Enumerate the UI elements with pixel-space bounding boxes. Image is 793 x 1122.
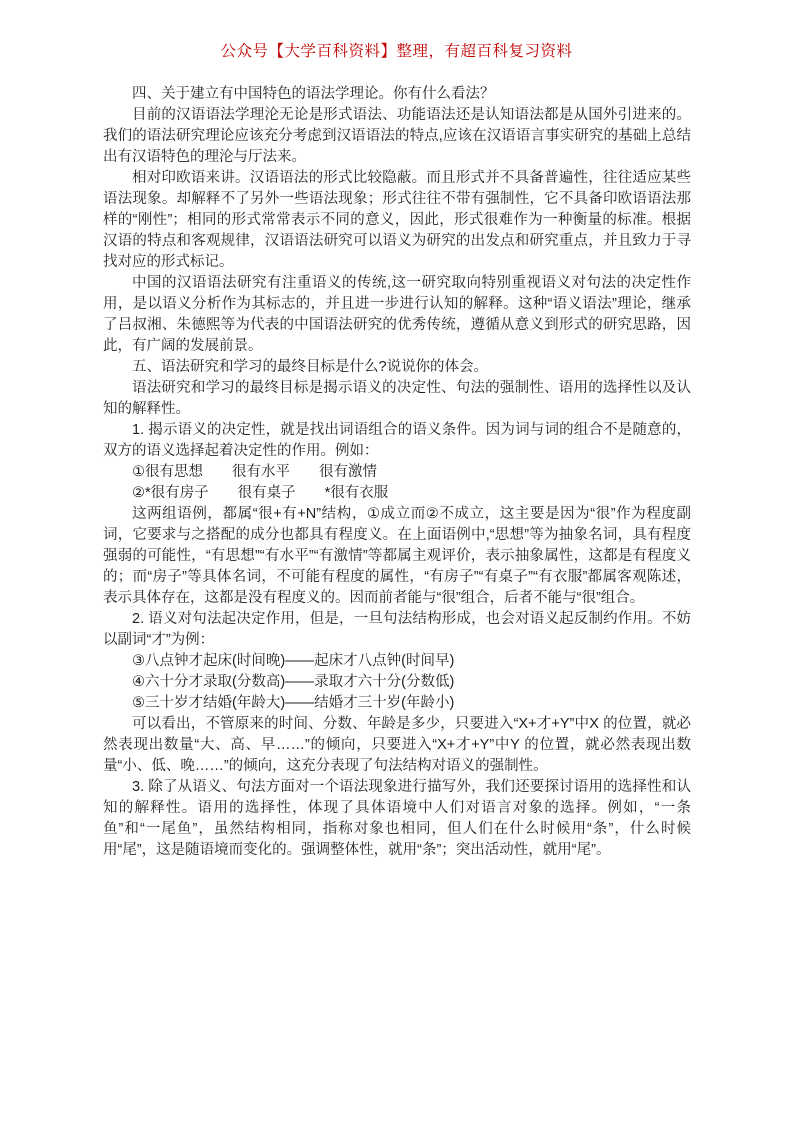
paragraph: 这两组语例，都属“很+有+N”结构，①成立而②不成立，这主要是因为“很”作为程度… <box>103 504 691 609</box>
paragraph: 1. 揭示语义的决定性，就是找出词语组合的语义条件。因为词与词的组合不是随意的，… <box>103 420 691 462</box>
document-page: 公众号【大学百科资料】整理，有超百科复习资料 四、关于建立有中国特色的语法学理论… <box>0 0 793 1122</box>
paragraph: 目前的汉语语法学理沦无论是形式语法、功能语法还是认知语法都是从国外引进来的。我们… <box>103 105 691 168</box>
paragraph: ①很有思想 很有水平 很有激情 <box>103 462 691 483</box>
document-body: 四、关于建立有中国特色的语法学理论。你有什么看法？目前的汉语语法学理沦无论是形式… <box>103 84 691 861</box>
paragraph: ③八点钟才起床(时间晚)——起床才八点钟(时间早) <box>103 651 691 672</box>
page-header: 公众号【大学百科资料】整理，有超百科复习资料 <box>0 0 793 62</box>
paragraph: ④六十分才录取(分数高)——录取才六十分(分数低) <box>103 672 691 693</box>
paragraph: ⑤三十岁才结婚(年龄大)——结婚才三十岁(年龄小) <box>103 693 691 714</box>
paragraph: 相对印欧语来讲。汉语语法的形式比较隐蔽。而且形式并不具备普遍性，往往适应某些语法… <box>103 168 691 273</box>
paragraph: 语法研究和学习的最终目标是揭示语义的决定性、句法的强制性、语用的选择性以及认知的… <box>103 378 691 420</box>
paragraph: 四、关于建立有中国特色的语法学理论。你有什么看法？ <box>103 84 691 105</box>
paragraph: 可以看出，不管原来的时间、分数、年龄是多少，只要进入“X+才+Y”中X 的位置，… <box>103 714 691 777</box>
paragraph: 五、语法研究和学习的最终目标是什么?说说你的体会。 <box>103 357 691 378</box>
paragraph: ②*很有房子 很有桌子 *很有衣服 <box>103 483 691 504</box>
paragraph: 中国的汉语语法研究有注重语义的传统,这一研究取向特别重视语义对句法的决定性作用，… <box>103 273 691 357</box>
paragraph: 2. 语义对句法起决定作用，但是，一旦句法结构形成，也会对语义起反制约作用。不妨… <box>103 609 691 651</box>
paragraph: 3. 除了从语义、句法方面对一个语法现象进行描写外，我们还要探讨语用的选择性和认… <box>103 777 691 861</box>
